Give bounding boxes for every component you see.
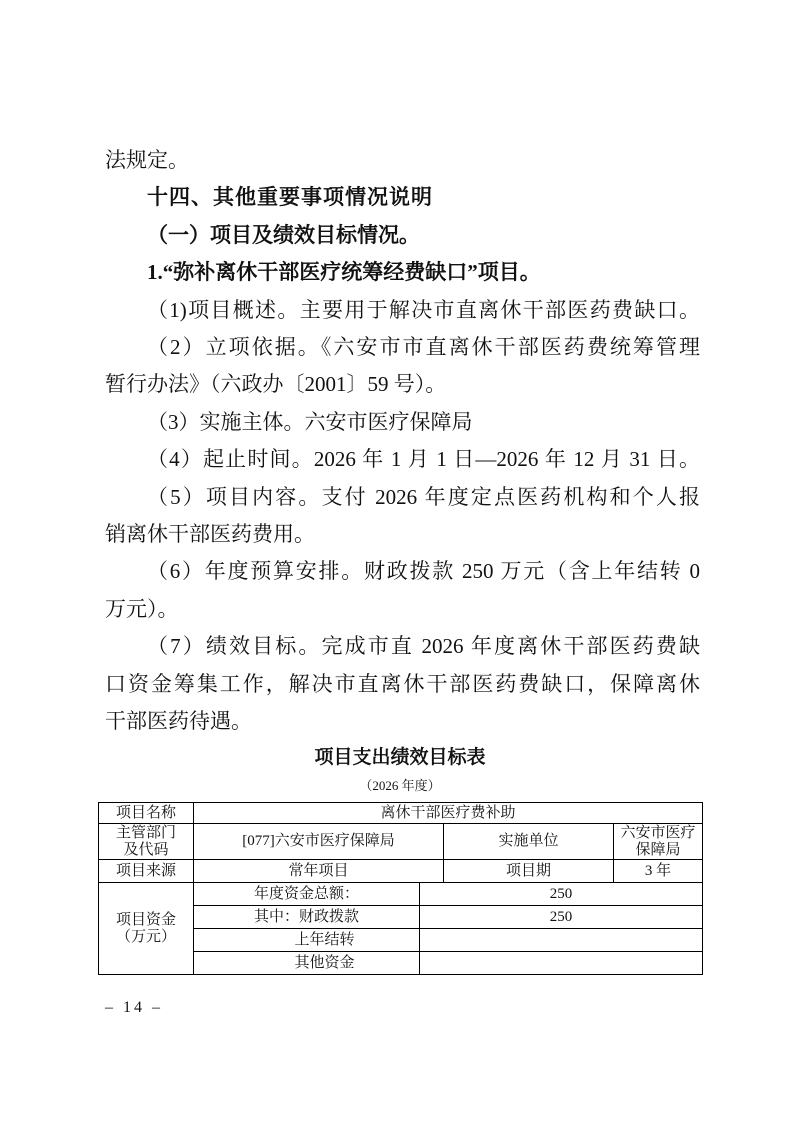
- section-heading: 十四、其他重要事项情况说明: [105, 179, 700, 216]
- cell-funding-item: 其他资金: [194, 952, 420, 975]
- cell-funding-label: 项目资金 （万元）: [99, 883, 194, 975]
- cell-period-label: 项目期: [444, 860, 614, 883]
- cell-project-name: 离休干部医疗费补助: [194, 803, 703, 824]
- body-text: 法规定。 十四、其他重要事项情况说明 （一）项目及绩效目标情况。 1.“弥补离休…: [105, 142, 700, 741]
- subsection-heading: （一）项目及绩效目标情况。: [105, 217, 700, 254]
- cell-dept-label: 主管部门 及代码: [99, 824, 194, 860]
- text-line: （5）项目内容。支付 2026 年度定点医药机构和个人报: [105, 479, 700, 516]
- text-line: （7）绩效目标。完成市直 2026 年度离休干部医药费缺: [105, 628, 700, 665]
- table-row: 项目名称 离休干部医疗费补助: [99, 803, 703, 824]
- text-line: 暂行办法》（六政办〔2001〕59 号）。: [105, 366, 700, 403]
- text-line: （3）实施主体。六安市医疗保障局: [105, 404, 700, 441]
- table-row: 项目来源 常年项目 项目期 3 年: [99, 860, 703, 883]
- cell-funding-value: [420, 952, 703, 975]
- table-row: 项目资金 （万元） 年度资金总额： 250: [99, 883, 703, 906]
- text-line: （6）年度预算安排。财政拨款 250 万元（含上年结转 0: [105, 553, 700, 590]
- page-number: – 14 –: [105, 999, 163, 1017]
- cell-funding-value: [420, 929, 703, 952]
- cell-source-label: 项目来源: [99, 860, 194, 883]
- table-title: 项目支出绩效目标表: [98, 746, 702, 770]
- cell-funding-item: 上年结转: [194, 929, 420, 952]
- text-line: 万元）。: [105, 591, 700, 628]
- table-row: 主管部门 及代码 [077]六安市医疗保障局 实施单位 六安市医疗 保障局: [99, 824, 703, 860]
- table-subtitle: （2026 年度）: [98, 778, 702, 794]
- project-heading: 1.“弥补离休干部医疗统筹经费缺口”项目。: [105, 254, 700, 291]
- cell-period: 3 年: [614, 860, 703, 883]
- text-line: 口资金筹集工作，解决市直离休干部医药费缺口，保障离休: [105, 666, 700, 703]
- cell-funding-item: 其中：财政拨款: [194, 906, 420, 929]
- cell-impl: 六安市医疗 保障局: [614, 824, 703, 860]
- cell-funding-value: 250: [420, 906, 703, 929]
- text-line: 销离休干部医药费用。: [105, 516, 700, 553]
- cell-project-name-label: 项目名称: [99, 803, 194, 824]
- document-page: 法规定。 十四、其他重要事项情况说明 （一）项目及绩效目标情况。 1.“弥补离休…: [0, 0, 793, 1122]
- performance-target-table: 项目名称 离休干部医疗费补助 主管部门 及代码 [077]六安市医疗保障局 实施…: [98, 802, 703, 975]
- text-line: （2）立项依据。《六安市市直离休干部医药费统筹管理: [105, 329, 700, 366]
- cell-funding-value: 250: [420, 883, 703, 906]
- cell-impl-label: 实施单位: [444, 824, 614, 860]
- cell-dept: [077]六安市医疗保障局: [194, 824, 444, 860]
- text-line: （4）起止时间。2026 年 1 月 1 日—2026 年 12 月 31 日。: [105, 441, 700, 478]
- text-line: （1)项目概述。主要用于解决市直离休干部医药费缺口。: [105, 292, 700, 329]
- text-line: 法规定。: [105, 142, 700, 179]
- text-line: 干部医药待遇。: [105, 703, 700, 740]
- cell-source: 常年项目: [194, 860, 444, 883]
- cell-funding-item: 年度资金总额：: [194, 883, 420, 906]
